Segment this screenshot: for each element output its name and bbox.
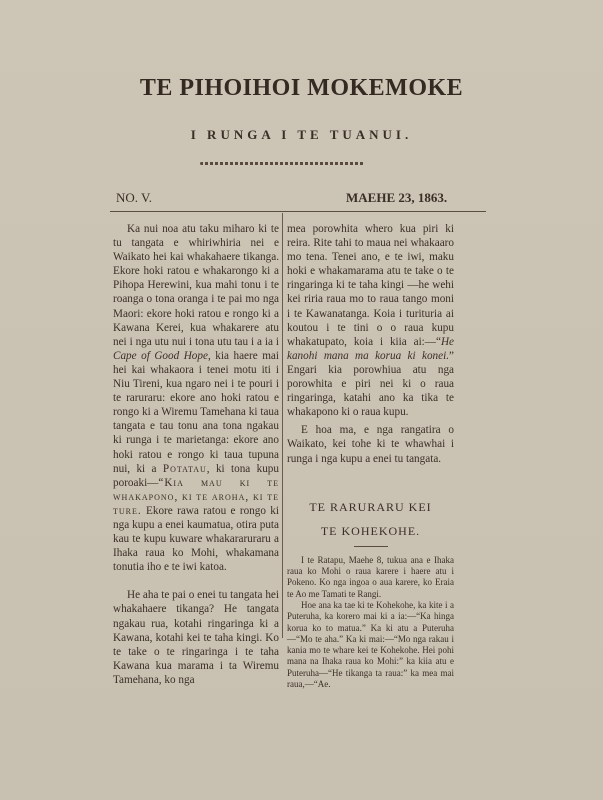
masthead-subtitle: I RUNGA I TE TUANUI.	[0, 127, 603, 143]
masthead-title: TE PIHOIHOI MOKEMOKE	[0, 75, 603, 102]
text: mea porowhita whero kua piri ki reira. R…	[287, 223, 454, 348]
left-paragraph-1: Ka nui noa atu taku miharo ki te tu tang…	[113, 222, 279, 574]
text: , kia haere mai hei kai whakaora i tenei…	[113, 350, 279, 475]
smallcaps-name: Potatau	[163, 463, 207, 475]
issue-date: MAEHE 23, 1863.	[346, 190, 447, 206]
left-paragraph-2: He aha te pai o enei tu tangata hei whak…	[113, 588, 279, 687]
section-heading-line-2: TE KOHEKOHE.	[287, 524, 454, 538]
section-rule	[354, 546, 388, 547]
column-divider	[282, 213, 283, 638]
section-paragraph-1: I te Ratapu, Maehe 8, tukua ana e Ihaka …	[287, 555, 454, 600]
ornamental-rule	[200, 162, 364, 165]
header-rule	[110, 211, 486, 212]
right-paragraph-1: mea porowhita whero kua piri ki reira. R…	[287, 222, 454, 419]
right-column: mea porowhita whero kua piri ki reira. R…	[287, 222, 454, 690]
section-body: I te Ratapu, Maehe 8, tukua ana e Ihaka …	[287, 555, 454, 691]
text: Ka nui noa atu taku miharo ki te tu tang…	[113, 223, 279, 348]
newspaper-page: TE PIHOIHOI MOKEMOKE I RUNGA I TE TUANUI…	[0, 0, 603, 800]
italic-text: Cape of Good Hope	[113, 350, 208, 362]
section-paragraph-2: Hoe ana ka tae ki te Kohekohe, ka kite i…	[287, 600, 454, 690]
right-paragraph-2: E hoa ma, e nga rangatira o Waikato, kei…	[287, 423, 454, 465]
section-heading-line-1: TE RARURARU KEI	[287, 500, 454, 514]
issue-number: NO. V.	[116, 190, 152, 206]
left-column: Ka nui noa atu taku miharo ki te tu tang…	[113, 222, 279, 687]
